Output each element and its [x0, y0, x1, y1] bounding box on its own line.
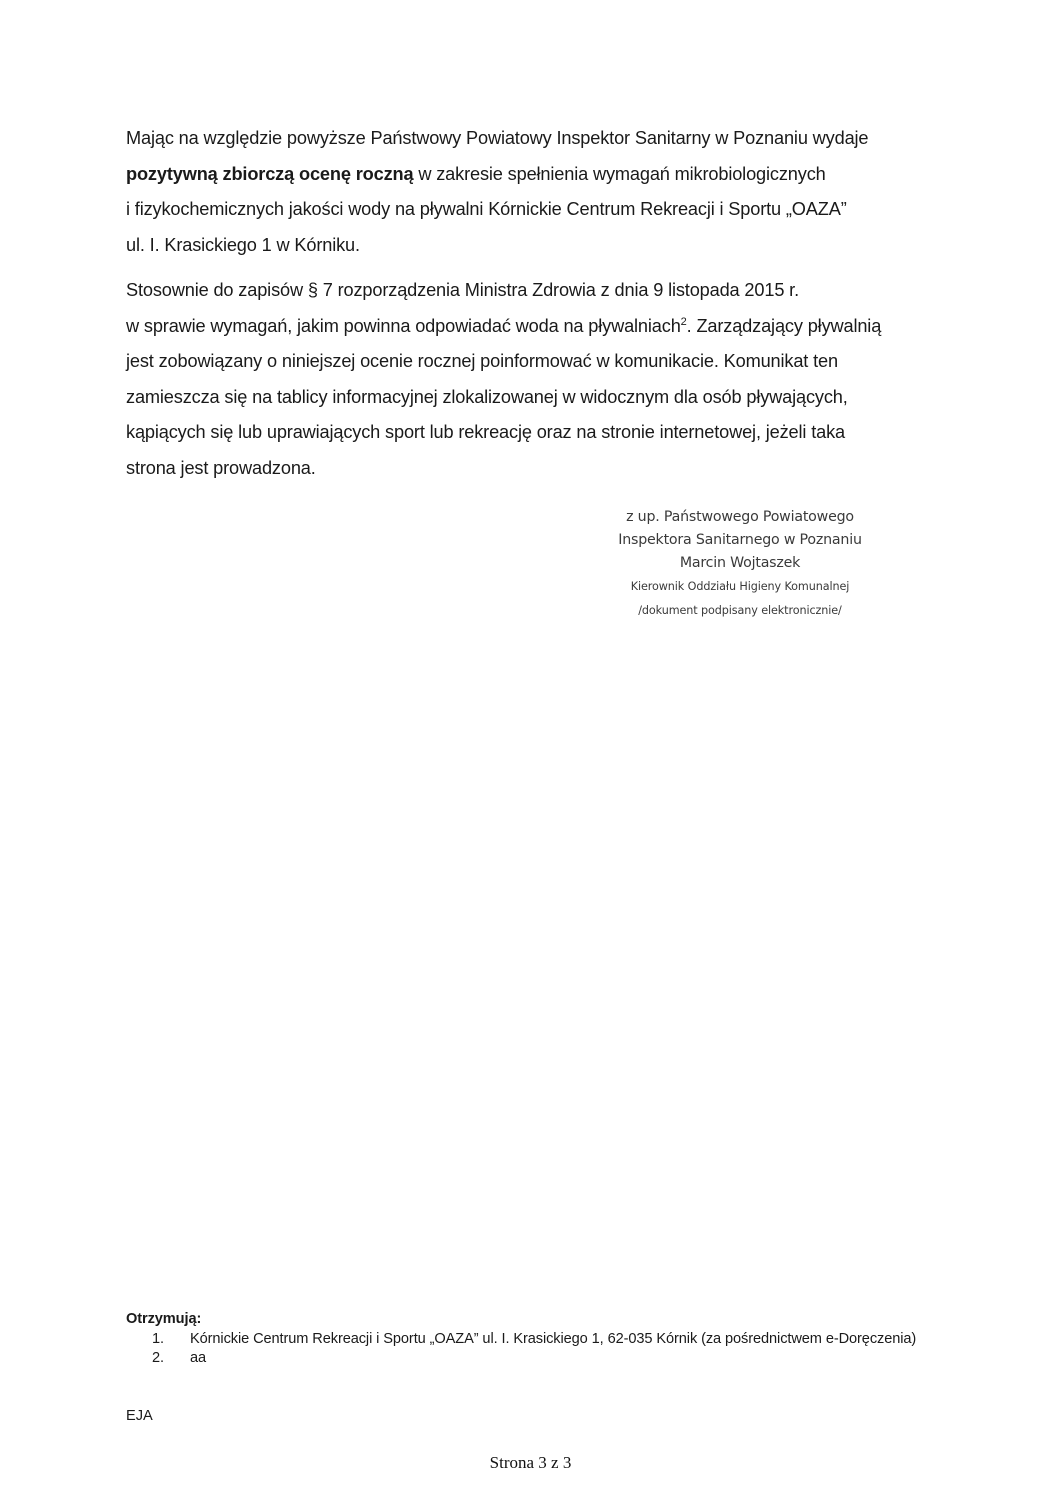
list-number: 1. [126, 1330, 190, 1350]
recipients-heading: Otrzymują: [126, 1310, 926, 1330]
signature-block: z up. Państwowego Powiatowego Inspektora… [590, 506, 890, 623]
recipients-list: 1. Kórnickie Centrum Rekreacji i Sportu … [126, 1330, 926, 1369]
text-line: zamieszcza się na tablicy informacyjnej … [126, 380, 946, 416]
list-item: 2. aa [126, 1349, 926, 1369]
recipient-text: Kórnickie Centrum Rekreacji i Sportu „OA… [190, 1330, 926, 1350]
text-line: kąpiących się lub uprawiających sport lu… [126, 415, 946, 451]
text-line: ul. I. Krasickiego 1 w Kórniku. [126, 228, 946, 264]
regulation-paragraph: Stosownie do zapisów § 7 rozporządzenia … [126, 273, 946, 486]
signature-authority-line: Inspektora Sanitarnego w Poznaniu [590, 529, 890, 552]
author-initials: EJA [126, 1406, 153, 1426]
text-line: Mając na względzie powyższe Państwowy Po… [126, 121, 946, 157]
assessment-result-bold: pozytywną zbiorczą ocenę roczną [126, 164, 413, 184]
electronic-signature-note: /dokument podpisany elektronicznie/ [590, 599, 890, 623]
signatory-name: Marcin Wojtaszek [590, 552, 890, 575]
text-line: Stosownie do zapisów § 7 rozporządzenia … [126, 273, 946, 309]
signatory-position: Kierownik Oddziału Higieny Komunalnej [590, 575, 890, 599]
signature-authority-line: z up. Państwowego Powiatowego [590, 506, 890, 529]
recipients-section: Otrzymują: 1. Kórnickie Centrum Rekreacj… [126, 1310, 926, 1369]
list-item: 1. Kórnickie Centrum Rekreacji i Sportu … [126, 1330, 926, 1350]
list-number: 2. [126, 1349, 190, 1369]
recipient-text: aa [190, 1349, 926, 1369]
text-line: strona jest prowadzona. [126, 451, 946, 487]
assessment-paragraph: Mając na względzie powyższe Państwowy Po… [126, 121, 946, 263]
text-line: i fizykochemicznych jakości wody na pływ… [126, 192, 946, 228]
text-line: pozytywną zbiorczą ocenę roczną w zakres… [126, 157, 946, 193]
text-line: w sprawie wymagań, jakim powinna odpowia… [126, 309, 946, 345]
text-line: jest zobowiązany o niniejszej ocenie roc… [126, 344, 946, 380]
page-number: Strona 3 z 3 [0, 1453, 1061, 1473]
